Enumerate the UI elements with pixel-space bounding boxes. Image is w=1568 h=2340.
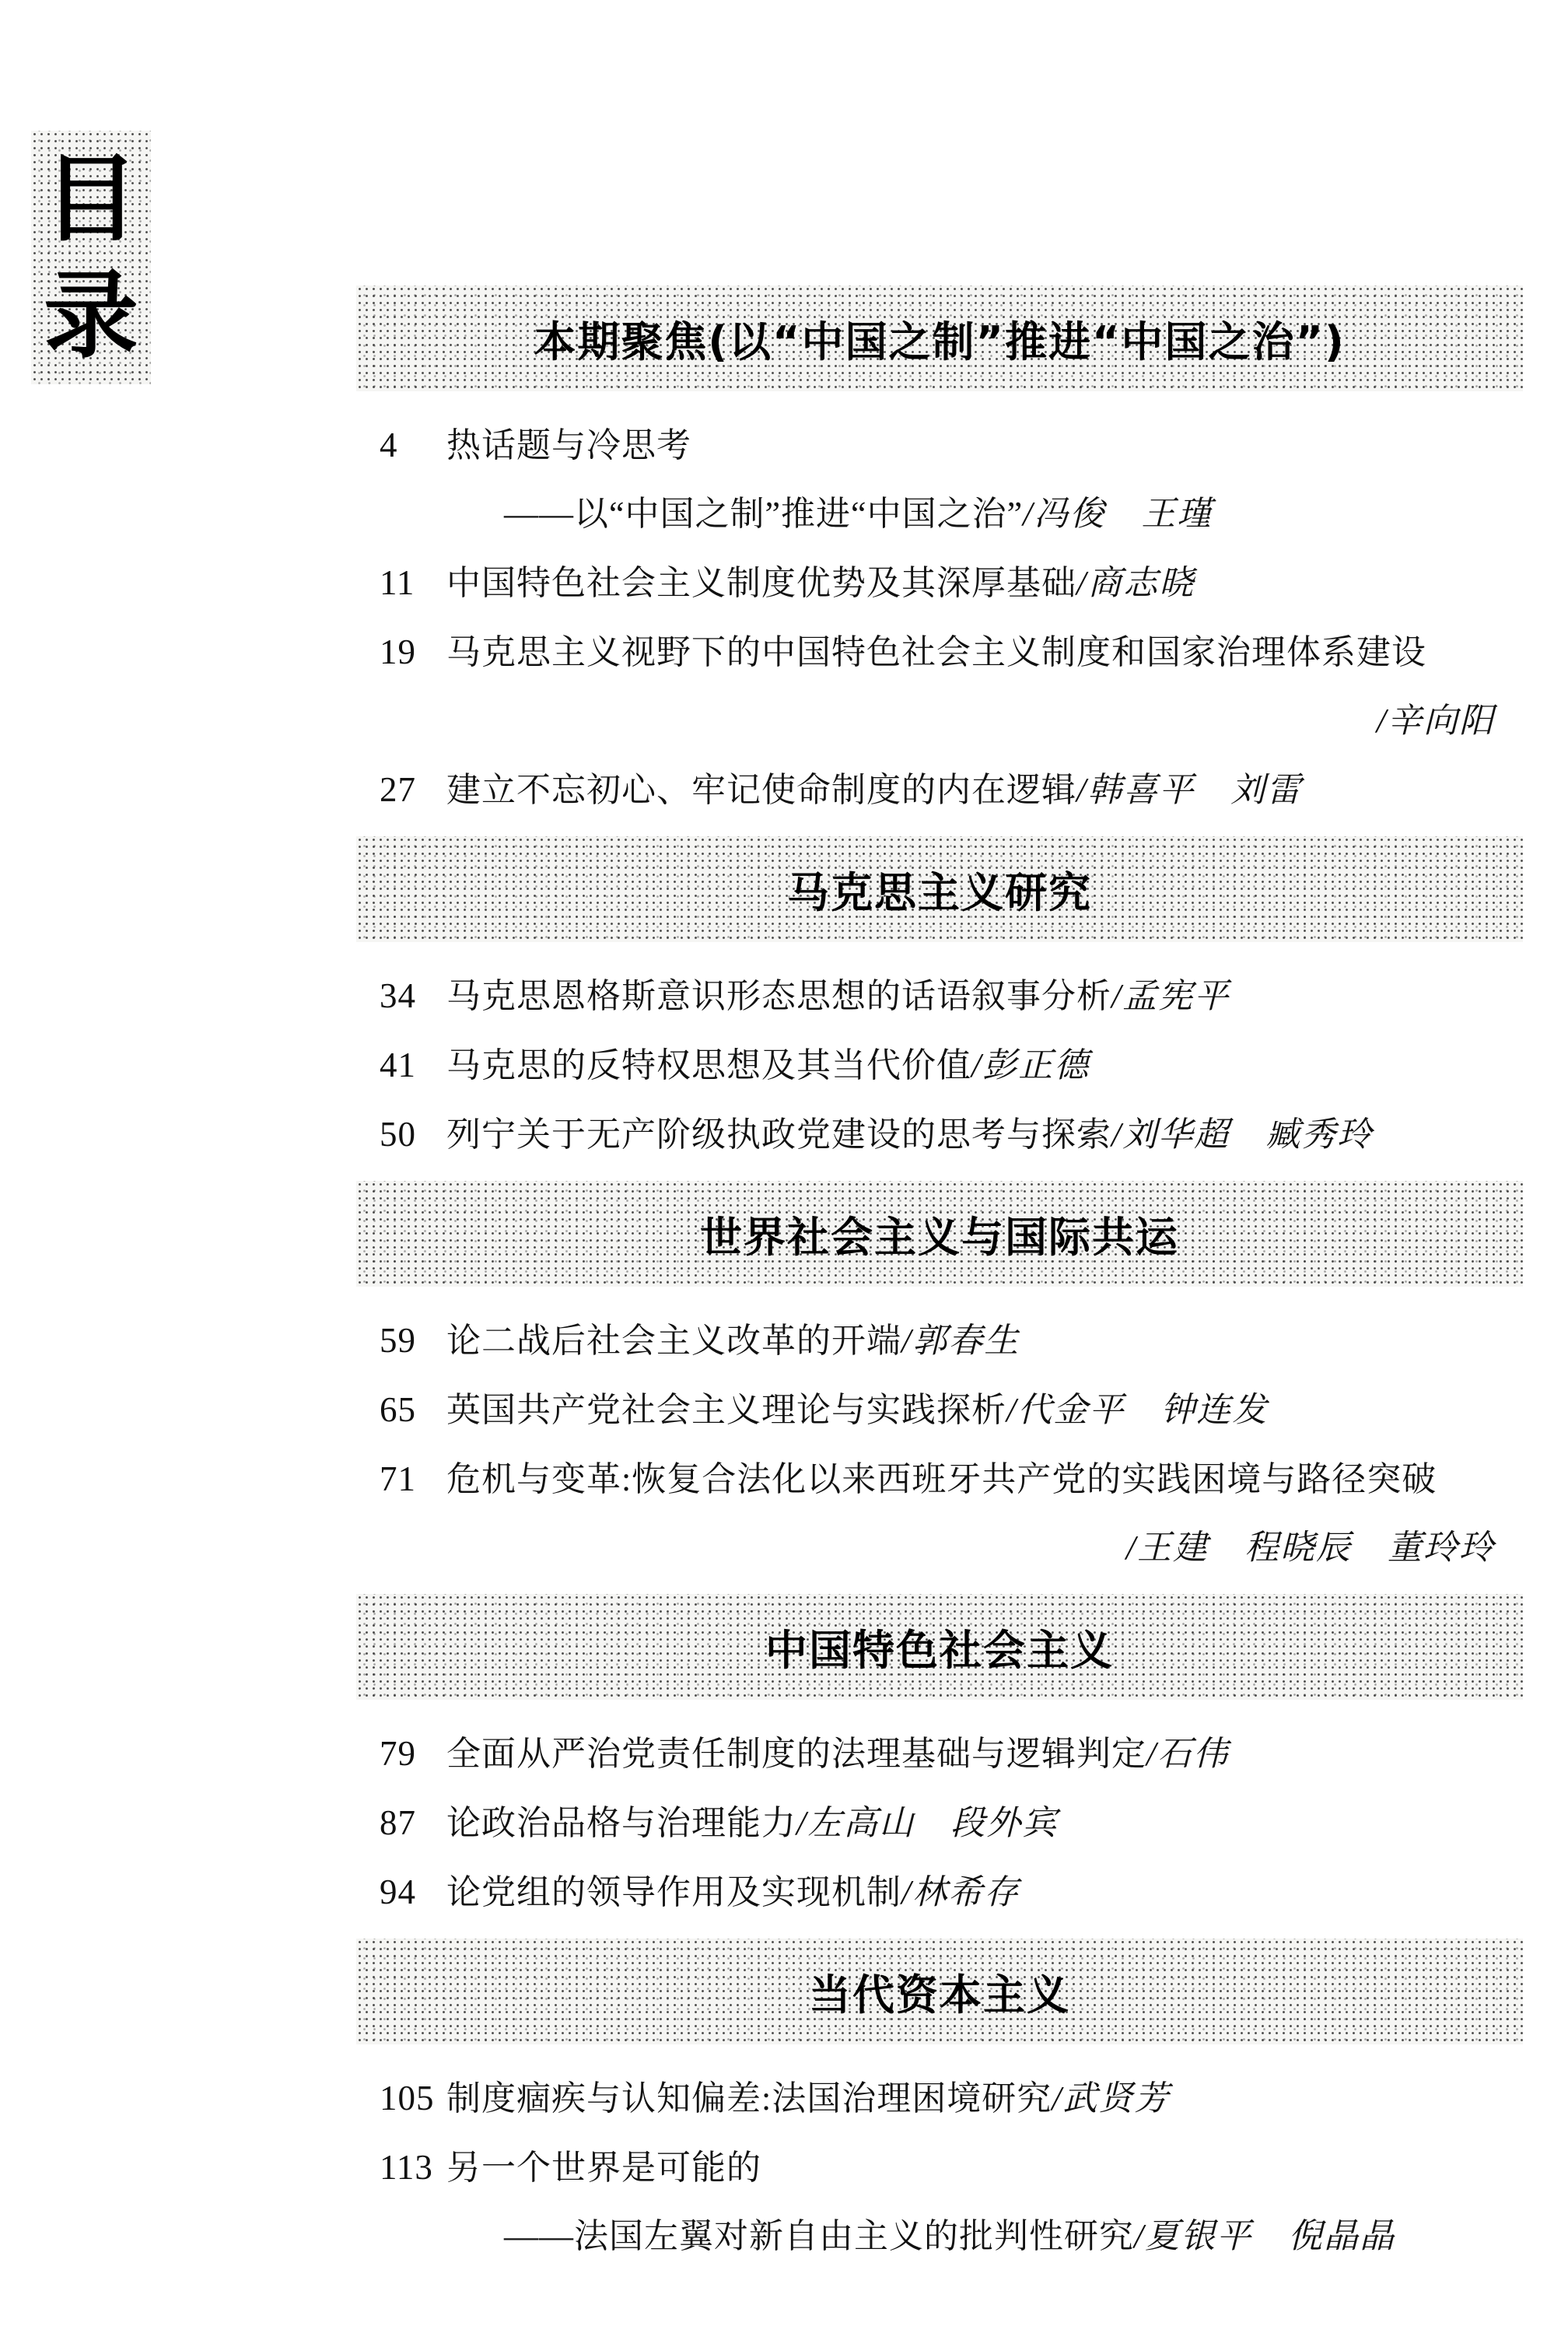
entry-authors: /夏银平 倪晶晶	[1134, 2219, 1395, 2254]
section-title: 中国特色社会主义	[765, 1617, 1114, 1677]
entry-page-number: 105	[356, 2080, 446, 2116]
entry-title: 论二战后社会主义改革的开端	[446, 1323, 901, 1359]
toc-entry: 105制度痼疾与认知偏差:法国治理困境研究/武贤芳	[356, 2080, 1523, 2117]
section-banner: 本期聚焦(以“中国之制”推进“中国之治”)	[356, 285, 1523, 391]
entry-page-number: 87	[356, 1805, 446, 1841]
section-title: 世界社会主义与国际共运	[700, 1204, 1179, 1264]
entry-authors: /刘华超 臧秀玲	[1111, 1117, 1373, 1153]
entry-authors: /孟宪平	[1111, 979, 1230, 1014]
toc-entry-authors-line: /王建 程晓辰 董玲玲	[356, 1530, 1523, 1566]
toc-entry: 113另一个世界是可能的	[356, 2149, 1523, 2186]
entry-title: 论政治品格与治理能力	[446, 1806, 796, 1841]
entry-authors: /郭春生	[901, 1323, 1020, 1359]
entry-authors: /商志晓	[1076, 566, 1195, 601]
section-banner: 世界社会主义与国际共运	[356, 1181, 1523, 1287]
entry-page-number: 79	[356, 1736, 446, 1771]
toc-entry-subtitle: ——以“中国之制”推进“中国之治”/冯俊 王瑾	[356, 496, 1523, 532]
logo-char-mu: 目	[44, 152, 138, 247]
entry-authors: /王建 程晓辰 董玲玲	[1126, 1530, 1495, 1566]
entry-title: 马克思的反特权思想及其当代价值	[446, 1048, 971, 1084]
entry-authors: /林希存	[901, 1875, 1020, 1911]
toc-entry: 19马克思主义视野下的中国特色社会主义制度和国家治理体系建设	[356, 634, 1523, 671]
entry-page-number: 19	[356, 634, 446, 670]
toc-entry-subtitle: ——法国左翼对新自由主义的批判性研究/夏银平 倪晶晶	[356, 2219, 1523, 2254]
section-banner: 马克思主义研究	[356, 836, 1523, 942]
section-title: 本期聚焦(以“中国之制”推进“中国之治”)	[534, 309, 1345, 369]
section-title: 马克思主义研究	[787, 860, 1092, 920]
entry-title: 全面从严治党责任制度的法理基础与逻辑判定	[446, 1736, 1146, 1772]
entry-title: 制度痼疾与认知偏差:法国治理困境研究	[446, 2081, 1052, 2117]
entry-subtitle: ——法国左翼对新自由主义的批判性研究	[504, 2219, 1134, 2254]
section-banner: 中国特色社会主义	[356, 1594, 1523, 1700]
toc-entry: 71危机与变革:恢复合法化以来西班牙共产党的实践困境与路径突破	[356, 1461, 1523, 1498]
entry-authors: /冯俊 王瑾	[1023, 496, 1213, 532]
toc-entry: 94论党组的领导作用及实现机制/林希存	[356, 1874, 1523, 1911]
entry-page-number: 50	[356, 1116, 446, 1152]
entry-title: 英国共产党社会主义理论与实践探析	[446, 1392, 1006, 1428]
entry-page-number: 94	[356, 1874, 446, 1910]
entry-title: 建立不忘初心、牢记使命制度的内在逻辑	[446, 772, 1076, 808]
entry-page-number: 4	[356, 427, 446, 463]
entry-title: 马克思主义视野下的中国特色社会主义制度和国家治理体系建设	[446, 635, 1426, 671]
toc-entry: 27建立不忘初心、牢记使命制度的内在逻辑/韩喜平 刘雷	[356, 772, 1523, 808]
contents-logo: 目 录	[31, 131, 151, 384]
entry-title: 中国特色社会主义制度优势及其深厚基础	[446, 566, 1076, 601]
toc-entry: 11中国特色社会主义制度优势及其深厚基础/商志晓	[356, 565, 1523, 601]
entry-authors: /左高山 段外宾	[796, 1806, 1058, 1841]
entry-authors: /代金平 钟连发	[1006, 1392, 1268, 1428]
entry-authors: /武贤芳	[1052, 2081, 1170, 2117]
toc-entry-authors-line: /辛向阳	[356, 703, 1523, 739]
toc-entry: 59论二战后社会主义改革的开端/郭春生	[356, 1322, 1523, 1359]
entry-page-number: 11	[356, 565, 446, 601]
section-banner: 当代资本主义	[356, 1939, 1523, 2044]
toc-entry: 50列宁关于无产阶级执政党建设的思考与探索/刘华超 臧秀玲	[356, 1116, 1523, 1153]
entry-title: 马克思恩格斯意识形态思想的话语叙事分析	[446, 979, 1111, 1014]
entry-authors: /彭正德	[971, 1048, 1090, 1084]
toc-entry: 34马克思恩格斯意识形态思想的话语叙事分析/孟宪平	[356, 978, 1523, 1014]
section-title: 当代资本主义	[809, 1962, 1070, 2022]
toc-page: 目 录 本期聚焦(以“中国之制”推进“中国之治”)4热话题与冷思考——以“中国之…	[0, 0, 1568, 2340]
entry-subtitle: ——以“中国之制”推进“中国之治”	[504, 496, 1023, 532]
toc-entry: 41马克思的反特权思想及其当代价值/彭正德	[356, 1047, 1523, 1084]
toc-content: 本期聚焦(以“中国之制”推进“中国之治”)4热话题与冷思考——以“中国之制”推进…	[356, 285, 1523, 2254]
entry-title: 危机与变革:恢复合法化以来西班牙共产党的实践困境与路径突破	[446, 1462, 1437, 1498]
entry-page-number: 59	[356, 1322, 446, 1358]
entry-title: 另一个世界是可能的	[446, 2150, 761, 2186]
entry-page-number: 71	[356, 1461, 446, 1497]
entry-page-number: 27	[356, 772, 446, 807]
toc-entry: 79全面从严治党责任制度的法理基础与逻辑判定/石伟	[356, 1736, 1523, 1772]
toc-entry: 4热话题与冷思考	[356, 427, 1523, 464]
entry-title: 列宁关于无产阶级执政党建设的思考与探索	[446, 1117, 1111, 1153]
entry-title: 论党组的领导作用及实现机制	[446, 1875, 901, 1911]
entry-page-number: 34	[356, 978, 446, 1014]
entry-page-number: 65	[356, 1392, 446, 1427]
logo-char-lu: 录	[44, 268, 138, 363]
entry-page-number: 41	[356, 1047, 446, 1083]
entry-page-number: 113	[356, 2149, 446, 2185]
entry-authors: /辛向阳	[1377, 703, 1495, 739]
entry-title: 热话题与冷思考	[446, 428, 691, 464]
toc-entry: 87论政治品格与治理能力/左高山 段外宾	[356, 1805, 1523, 1841]
entry-authors: /韩喜平 刘雷	[1076, 772, 1302, 808]
toc-entry: 65英国共产党社会主义理论与实践探析/代金平 钟连发	[356, 1392, 1523, 1428]
entry-authors: /石伟	[1146, 1736, 1229, 1772]
